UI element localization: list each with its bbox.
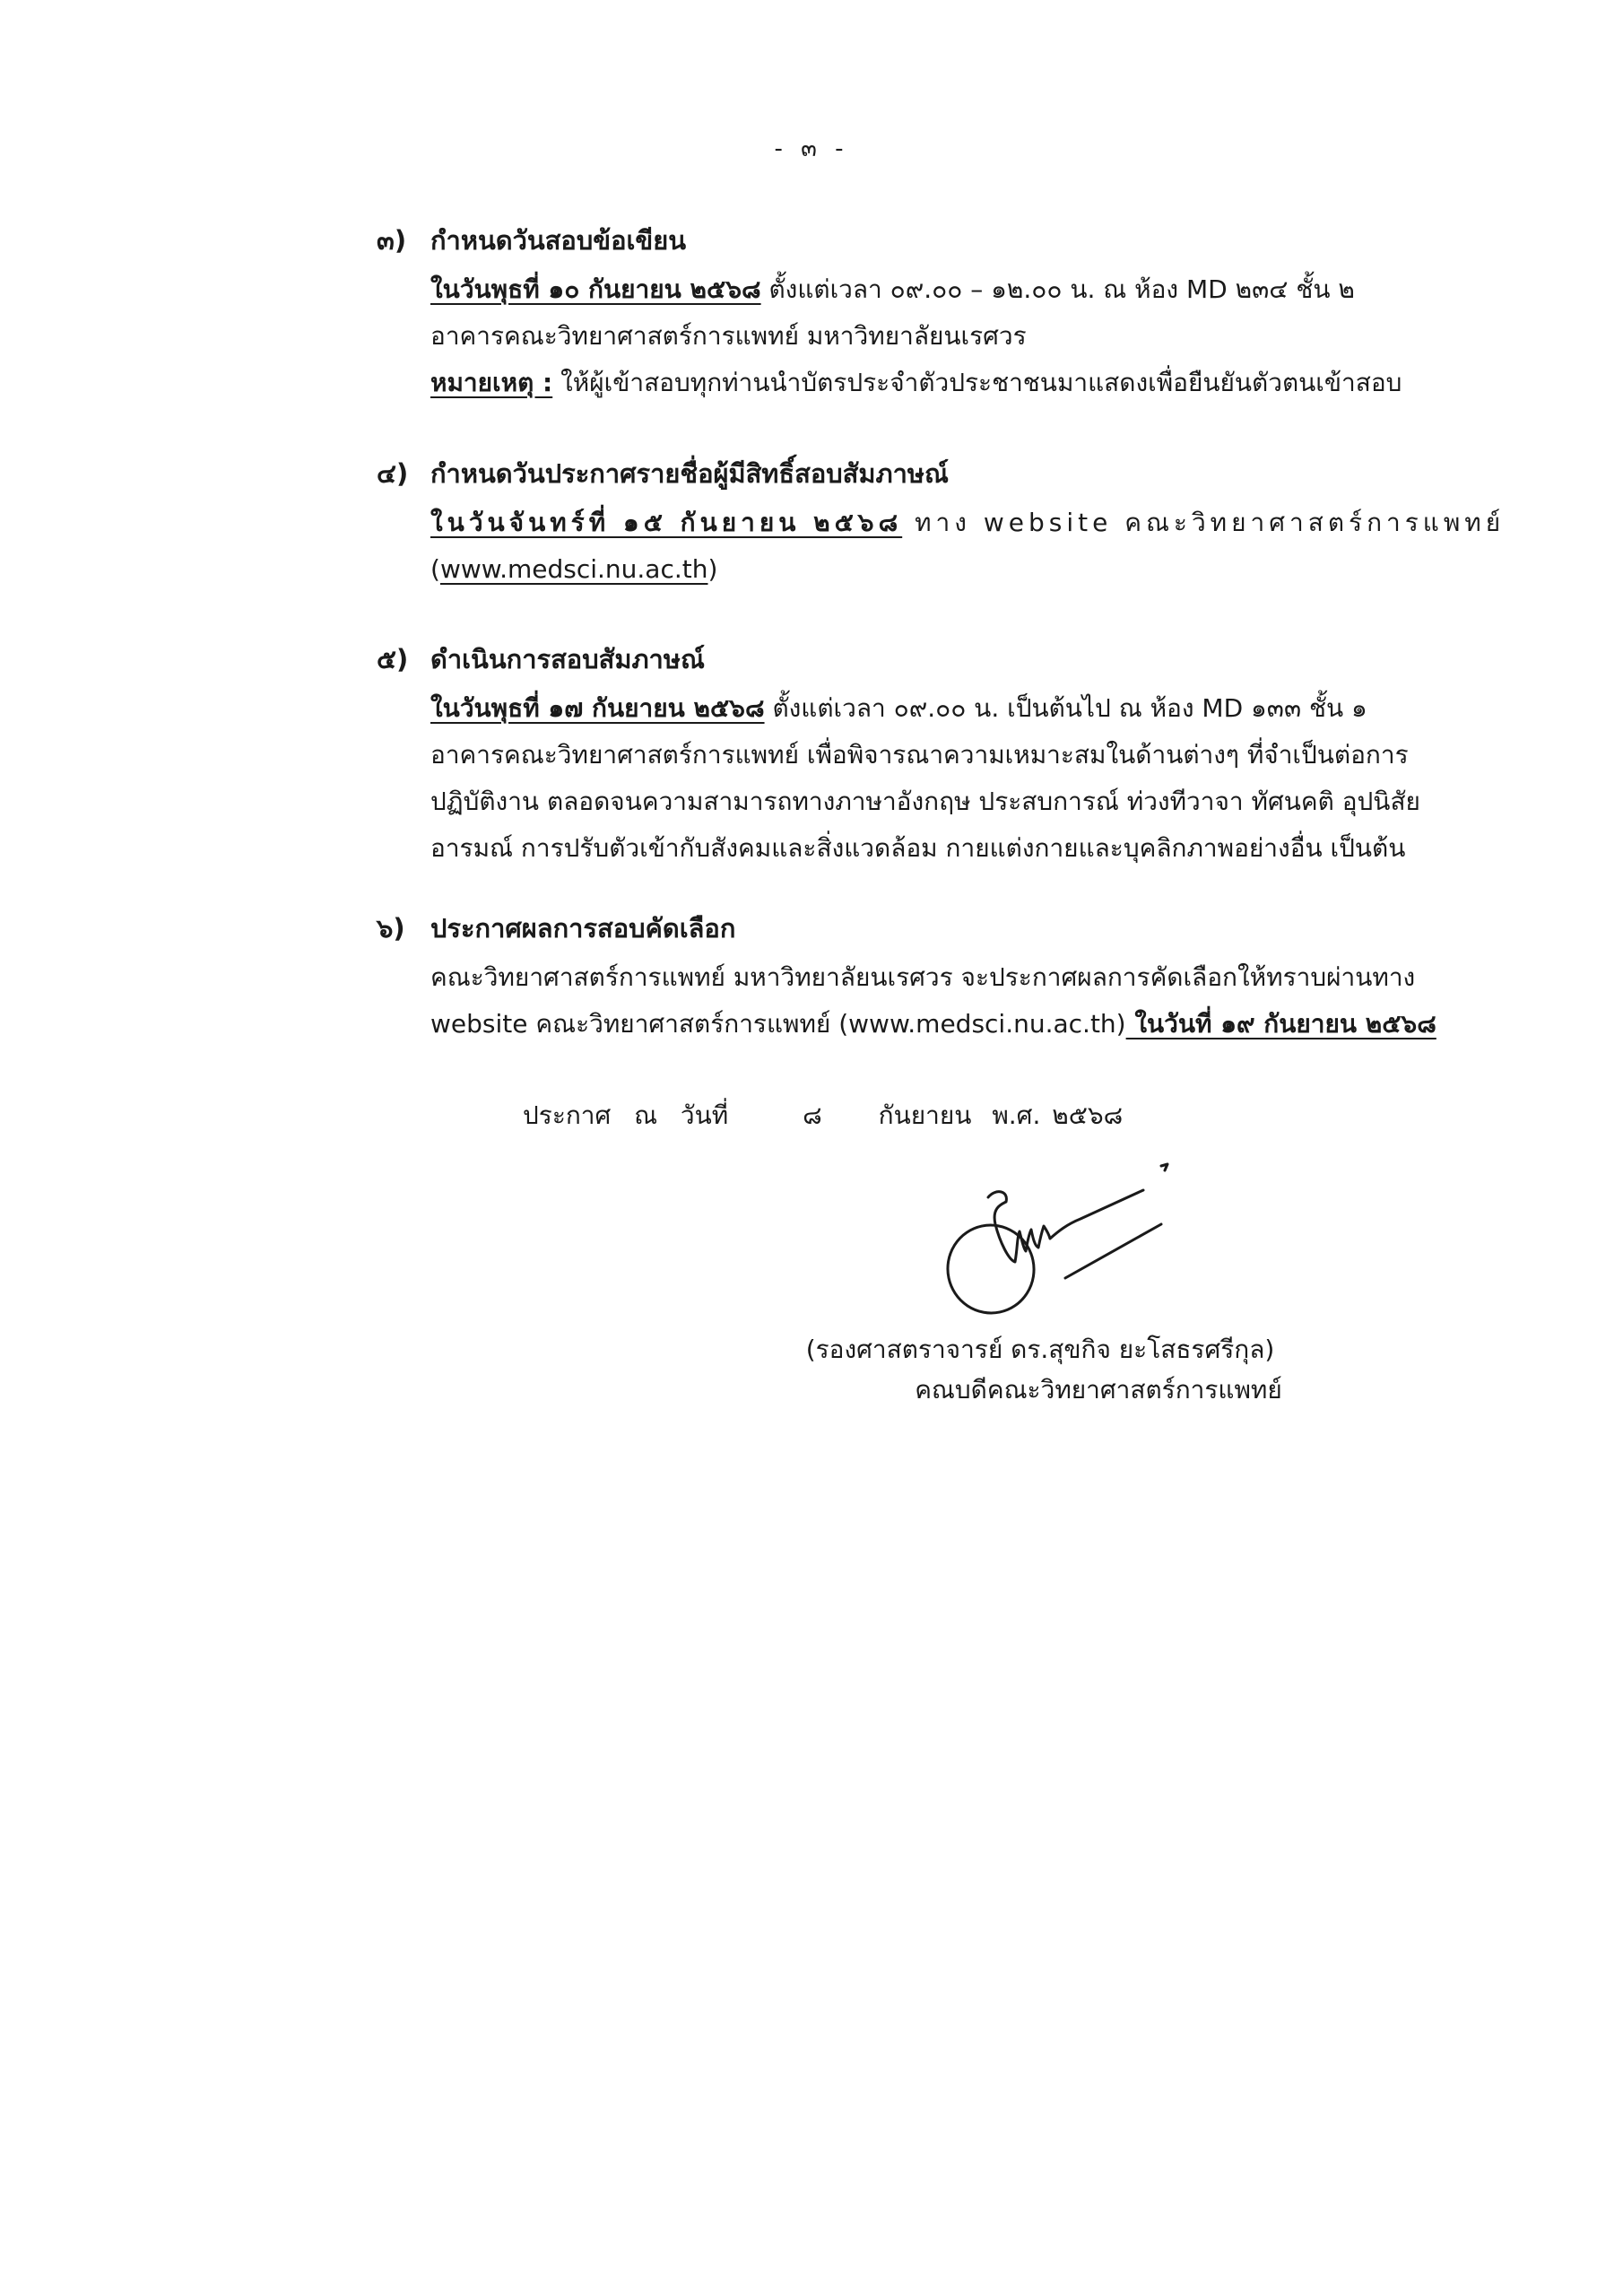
section-interview-list: ๔) กำหนดวันประกาศรายชื่อผู้มีสิทธิ์สอบสั…: [377, 453, 1466, 593]
website-link[interactable]: www.medsci.nu.ac.th: [440, 554, 708, 584]
announcement-day: ๘: [803, 1096, 822, 1135]
section-title: กำหนดวันประกาศรายชื่อผู้มีสิทธิ์สอบสัมภา…: [430, 453, 949, 494]
interview-detail-1: อาคารคณะวิทยาศาสตร์การแพทย์ เพื่อพิจารณา…: [430, 732, 1466, 778]
announcement-month: กันยายน: [879, 1096, 972, 1135]
page-number: - ๓ -: [0, 130, 1623, 167]
announce-channel: ทาง website คณะวิทยาศาสตร์การแพทย์: [902, 508, 1505, 537]
results-date: ในวันที่ ๑๙ กันยายน ๒๕๖๘: [1126, 1009, 1436, 1039]
section-number: ๔): [377, 453, 430, 494]
interview-detail-3: อารมณ์ การปรับตัวเข้ากับสังคมและสิ่งแวดล…: [430, 825, 1466, 872]
interview-date: ในวันพุธที่ ๑๗ กันยายน ๒๕๖๘: [430, 693, 765, 723]
interview-detail-2: ปฏิบัติงาน ตลอดจนความสามารถทางภาษาอังกฤษ…: [430, 778, 1466, 825]
section-number: ๓): [377, 220, 430, 261]
section-title: กำหนดวันสอบข้อเขียน: [430, 220, 686, 261]
note-label: หมายเหตุ :: [430, 368, 552, 397]
results-channel: website คณะวิทยาศาสตร์การแพทย์ (www.meds…: [430, 1009, 1126, 1039]
paren-close: ): [707, 554, 717, 584]
signatory-position: คณบดีคณะวิทยาศาสตร์การแพทย์: [776, 1370, 1421, 1410]
section-written-exam: ๓) กำหนดวันสอบข้อเขียน ในวันพุธที่ ๑๐ กั…: [377, 220, 1466, 406]
announcement-label: ประกาศ ณ วันที่: [523, 1096, 728, 1135]
exam-building: อาคารคณะวิทยาศาสตร์การแพทย์ มหาวิทยาลัยน…: [430, 313, 1466, 360]
interview-time-location: ตั้งแต่เวลา ๐๙.๐๐ น. เป็นต้นไป ณ ห้อง MD…: [765, 693, 1367, 723]
announcement-date: ประกาศ ณ วันที่ ๘ กันยายน พ.ศ. ๒๕๖๘: [523, 1096, 1123, 1135]
announcement-year: พ.ศ. ๒๕๖๘: [992, 1096, 1123, 1135]
section-title: ดำเนินการสอบสัมภาษณ์: [430, 639, 705, 680]
note-text: ให้ผู้เข้าสอบทุกท่านนำบัตรประจำตัวประชาช…: [552, 368, 1402, 397]
section-interview: ๕) ดำเนินการสอบสัมภาษณ์ ในวันพุธที่ ๑๗ ก…: [377, 639, 1466, 872]
results-detail: คณะวิทยาศาสตร์การแพทย์ มหาวิทยาลัยนเรศวร…: [430, 954, 1466, 1001]
section-results: ๖) ประกาศผลการสอบคัดเลือก คณะวิทยาศาสตร์…: [377, 908, 1466, 1048]
section-number: ๕): [377, 639, 430, 680]
signature-image: [933, 1152, 1237, 1323]
exam-time-location: ตั้งแต่เวลา ๐๙.๐๐ – ๑๒.๐๐ น. ณ ห้อง MD ๒…: [761, 274, 1355, 304]
announce-date: ในวันจันทร์ที่ ๑๕ กันยายน ๒๕๖๘: [430, 508, 902, 537]
signatory-name: (รองศาสตราจารย์ ดร.สุขกิจ ยะโสธรศรีกุล): [717, 1330, 1363, 1370]
exam-date: ในวันพุธที่ ๑๐ กันยายน ๒๕๖๘: [430, 274, 761, 304]
section-number: ๖): [377, 908, 430, 949]
paren-open: (: [430, 554, 440, 584]
section-title: ประกาศผลการสอบคัดเลือก: [430, 908, 735, 949]
